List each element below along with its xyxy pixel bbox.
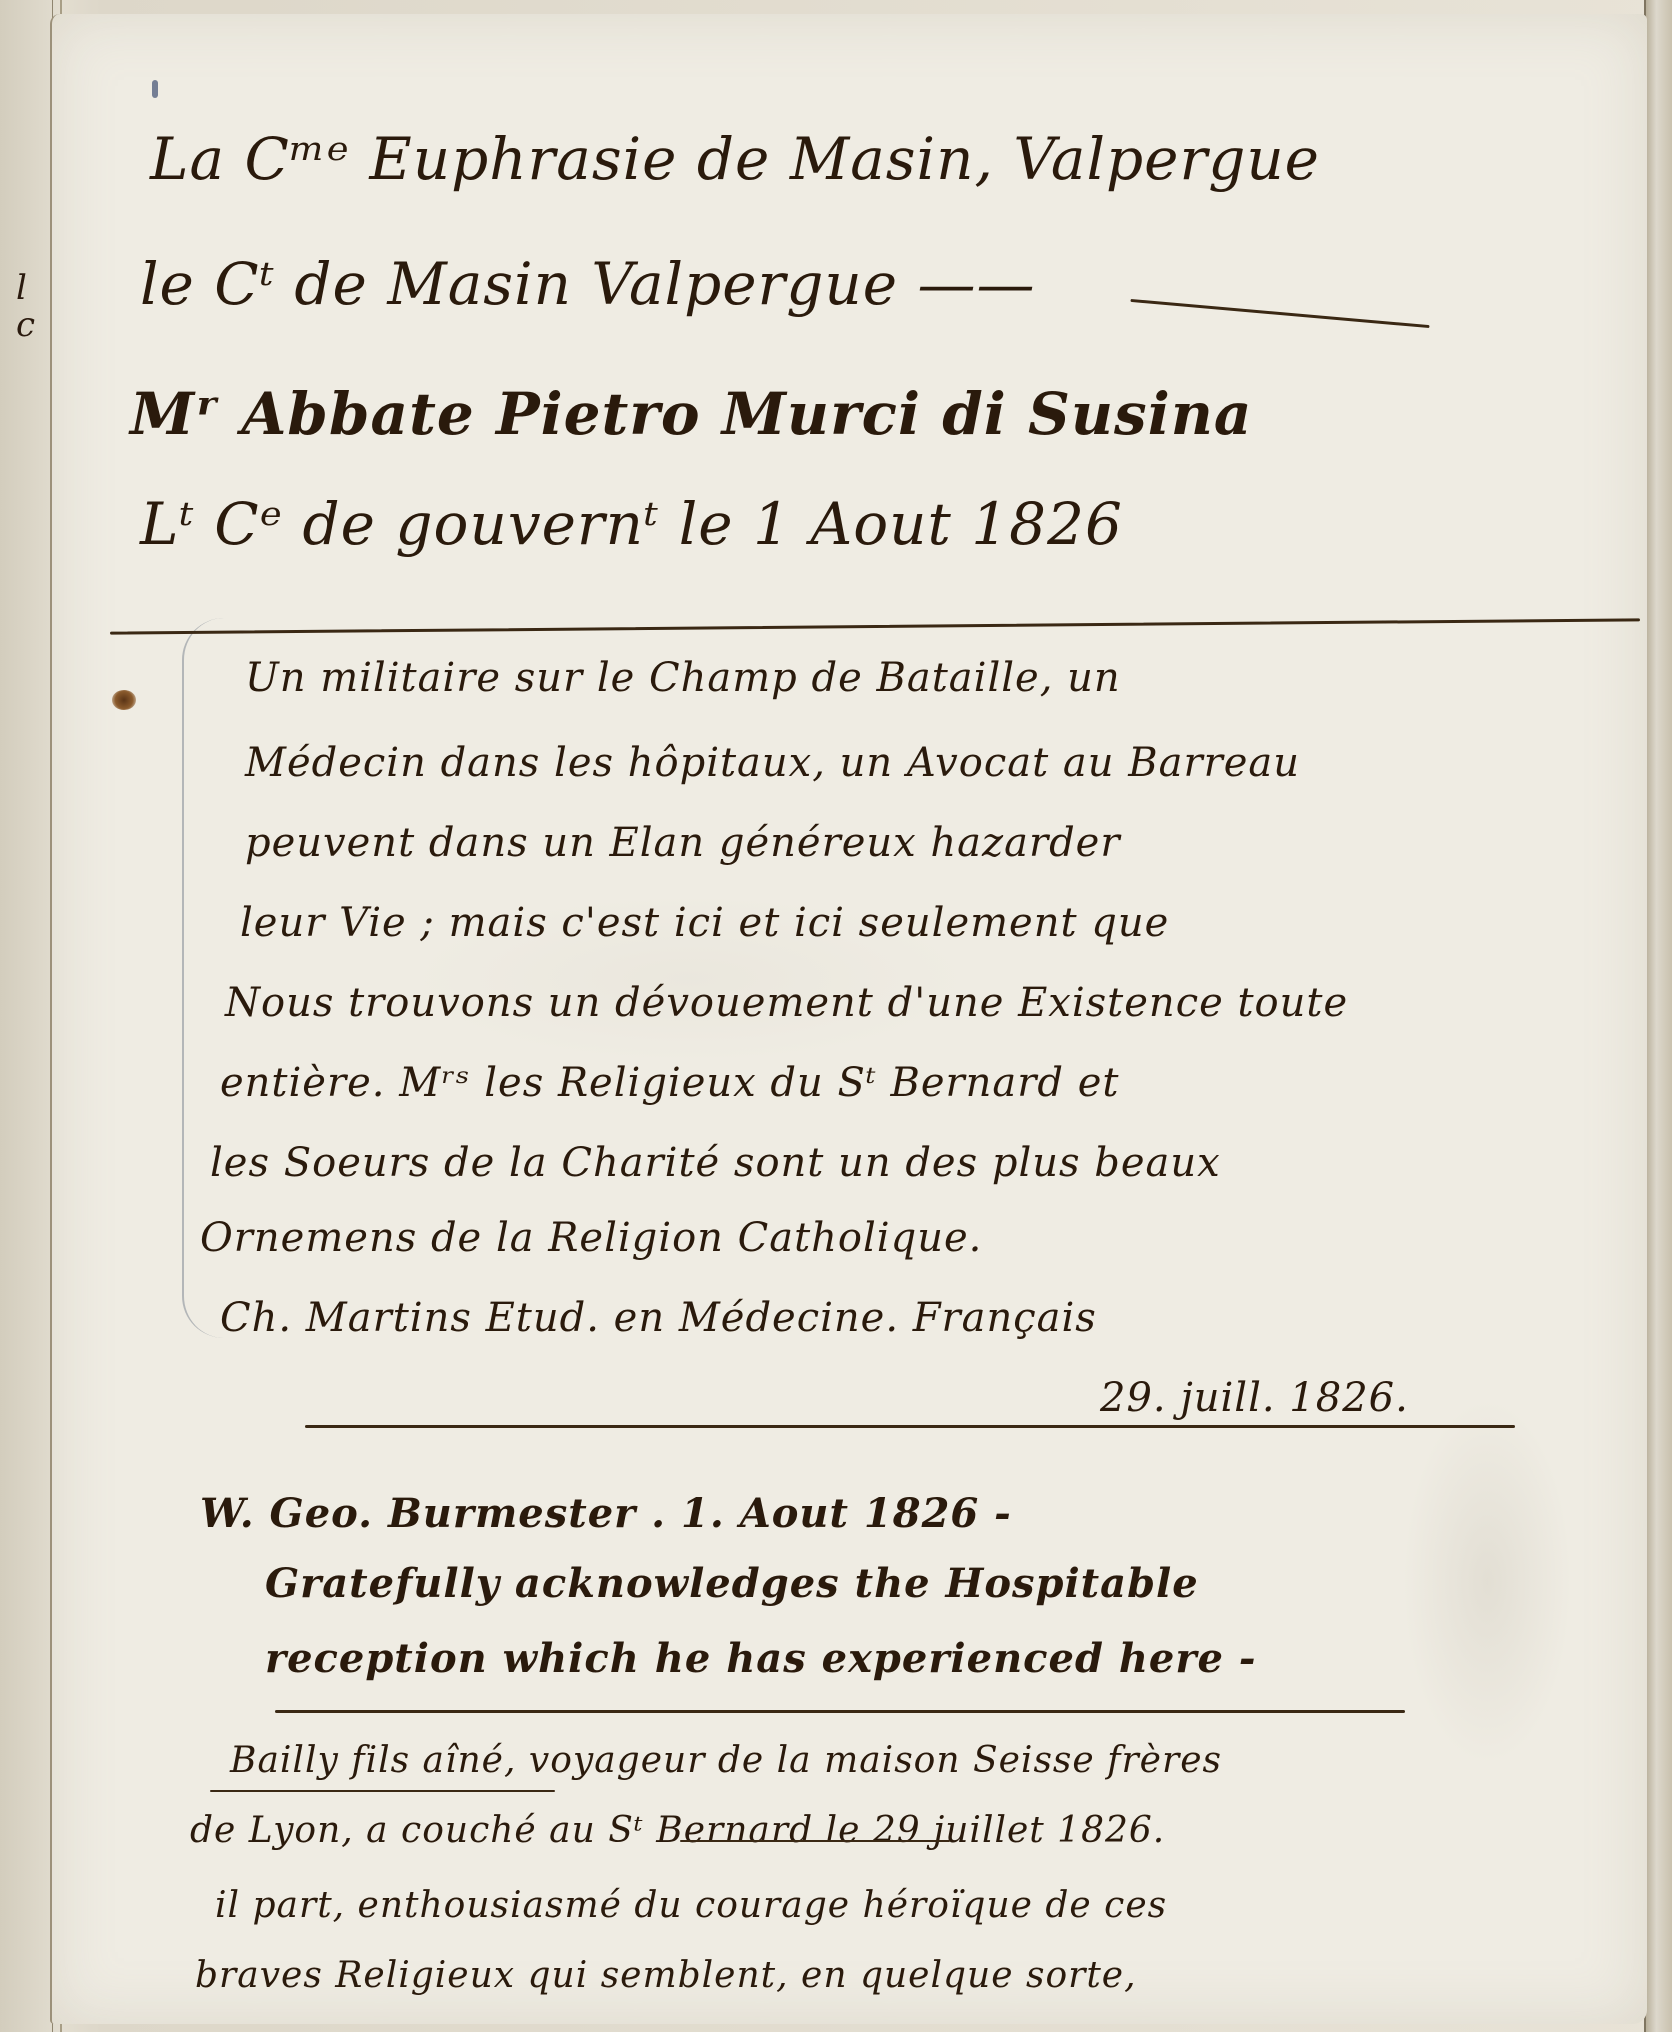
- entry-line: les Soeurs de la Charité sont un des plu…: [210, 1140, 1221, 1186]
- header-line-2: le Cᵗ de Masin Valpergue ——: [140, 250, 1036, 318]
- entry-line: de Lyon, a couché au Sᵗ Bernard le 29 ju…: [190, 1810, 1165, 1851]
- entry-signature: Ch. Martins Etud. en Médecine. Français: [220, 1295, 1097, 1341]
- entry-line: braves Religieux qui semblent, en quelqu…: [195, 1955, 1137, 1996]
- entry-line: leur Vie ; mais c'est ici et ici seuleme…: [240, 900, 1169, 946]
- header-line-4: Lᵗ Cᵉ de gouvernᵗ le 1 Aout 1826: [140, 490, 1123, 558]
- divider-rule-3: [275, 1710, 1405, 1713]
- divider-rule-2: [305, 1425, 1515, 1428]
- header-line-3: Mʳ Abbate Pietro Murci di Susina: [130, 380, 1252, 448]
- entry-line: Bailly fils aîné, voyageur de la maison …: [230, 1740, 1222, 1781]
- margin-marks: l c: [16, 270, 35, 345]
- underline-bailly: [210, 1790, 555, 1792]
- entry-line: entière. Mʳˢ les Religieux du Sᵗ Bernard…: [220, 1060, 1119, 1106]
- underline-st-bernard: [680, 1840, 950, 1842]
- entry-line: Ornemens de la Religion Catholique.: [200, 1215, 982, 1261]
- ink-stain: [112, 690, 136, 710]
- entry-line: Médecin dans les hôpitaux, un Avocat au …: [245, 740, 1300, 786]
- entry-line: il part, enthousiasmé du courage héroïqu…: [215, 1885, 1167, 1926]
- entry-line: Nous trouvons un dévouement d'une Existe…: [225, 980, 1348, 1026]
- entry-line: reception which he has experienced here …: [265, 1635, 1256, 1682]
- entry-line: W. Geo. Burmester . 1. Aout 1826 -: [200, 1490, 1012, 1537]
- blue-ink-mark: [152, 80, 158, 98]
- entry-line: Gratefully acknowledges the Hospitable: [265, 1560, 1199, 1607]
- entry-line: Un militaire sur le Champ de Bataille, u…: [245, 655, 1121, 701]
- entry-line: peuvent dans un Elan généreux hazarder: [245, 820, 1120, 866]
- right-binding-edge: [1644, 0, 1672, 2032]
- entry-date: 29. juill. 1826.: [1100, 1375, 1409, 1421]
- header-line-1: La Cᵐᵉ Euphrasie de Masin, Valpergue: [150, 125, 1320, 193]
